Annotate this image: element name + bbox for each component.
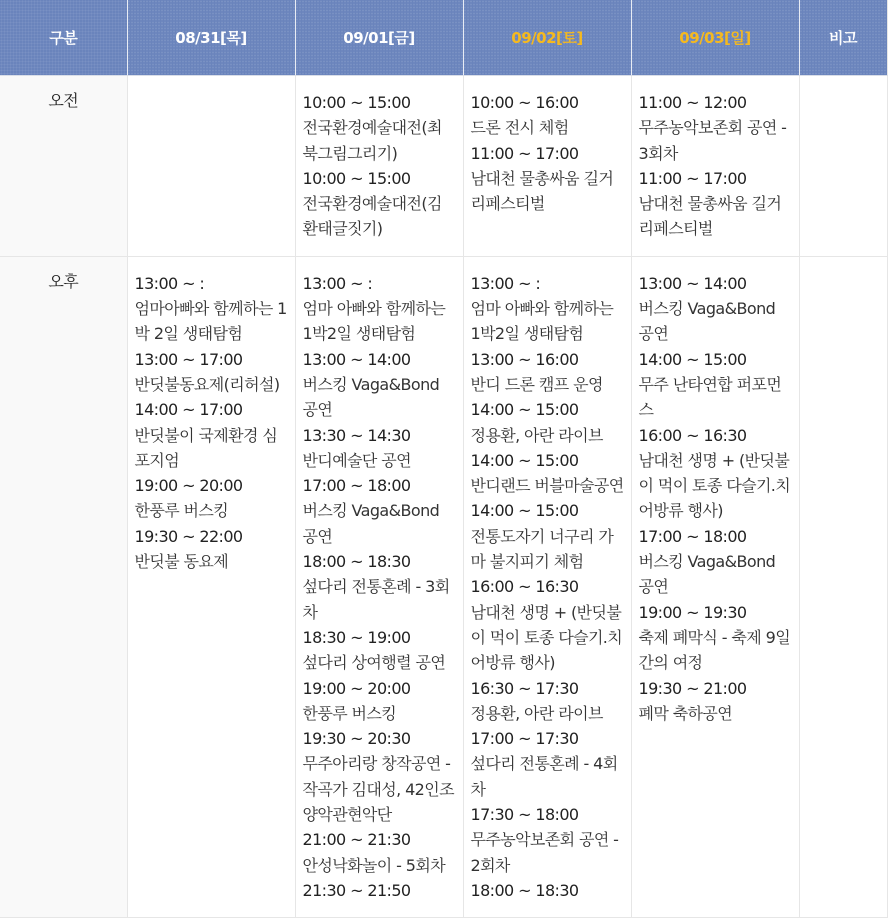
event-time: 16:00 ~ 16:30 — [639, 423, 793, 448]
row-morning: 오전 10:00 ~ 15:00전국환경예술대전(최북그림그리기)10:00 ~… — [0, 76, 887, 257]
table-body: 오전 10:00 ~ 15:00전국환경예술대전(최북그림그리기)10:00 ~… — [0, 76, 887, 909]
table-header: 구분 08/31[목] 09/01[금] 09/02[토] 09/03[일] 비… — [0, 0, 887, 76]
event-title: 무주농악보존회 공연 - 2회차 — [471, 827, 625, 878]
event-time: 18:00 ~ 18:30 — [303, 549, 457, 574]
festival-schedule-table: 구분 08/31[목] 09/01[금] 09/02[토] 09/03[일] 비… — [0, 0, 888, 908]
event-title: 버스킹 Vaga&Bond 공연 — [303, 498, 457, 549]
event-title: 무주농악보존회 공연 - 3회차 — [639, 115, 793, 166]
schedule-event: 18:30 ~ 19:00섶다리 상여행렬 공연 — [303, 625, 457, 676]
schedule-event: 14:00 ~ 15:00전통도자기 너구리 가마 불지피기 체험 — [471, 498, 625, 574]
event-title: 정용환, 아란 라이브 — [471, 423, 625, 448]
event-title: 남대천 물총싸움 길거리페스티벌 — [471, 166, 625, 217]
schedule-event: 13:00 ~ :엄마 아빠와 함께하는 1박2일 생태탐험 — [471, 271, 625, 347]
schedule-event: 11:00 ~ 17:00남대천 물총싸움 길거리페스티벌 — [471, 141, 625, 217]
header-day-0901: 09/01[금] — [295, 0, 463, 76]
event-time: 19:30 ~ 22:00 — [135, 524, 289, 549]
schedule-event: 17:00 ~ 18:00버스킹 Vaga&Bond 공연 — [303, 473, 457, 549]
cell-am-day — [127, 76, 295, 257]
schedule-event: 14:00 ~ 15:00정용환, 아란 라이브 — [471, 397, 625, 448]
event-time: 11:00 ~ 17:00 — [639, 166, 793, 191]
event-title: 엄마아빠와 함께하는 1박 2일 생태탐험 — [135, 296, 289, 347]
schedule-event: 17:30 ~ 18:00무주농악보존회 공연 - 2회차 — [471, 802, 625, 878]
event-time: 17:00 ~ 18:00 — [303, 473, 457, 498]
event-time: 14:00 ~ 15:00 — [471, 498, 625, 523]
event-time: 14:00 ~ 15:00 — [639, 347, 793, 372]
event-time: 21:00 ~ 21:30 — [303, 827, 457, 852]
event-time: 13:00 ~ 14:00 — [303, 347, 457, 372]
event-time: 13:00 ~ : — [471, 271, 625, 296]
schedule-event: 13:00 ~ 14:00버스킹 Vaga&Bond 공연 — [303, 347, 457, 423]
event-time: 14:00 ~ 17:00 — [135, 397, 289, 422]
event-title: 반딧불 동요제 — [135, 549, 289, 574]
event-title: 남대천 생명 + (반딧불이 먹이 토종 다슬기.치어방류 행사) — [639, 448, 793, 524]
event-time: 19:00 ~ 19:30 — [639, 600, 793, 625]
schedule-event: 11:00 ~ 12:00무주농악보존회 공연 - 3회차 — [639, 90, 793, 166]
schedule-event: 19:00 ~ 20:00한풍루 버스킹 — [135, 473, 289, 524]
event-time: 11:00 ~ 17:00 — [471, 141, 625, 166]
event-title: 무주 난타연합 퍼포먼스 — [639, 372, 793, 423]
row-afternoon: 오후 13:00 ~ :엄마아빠와 함께하는 1박 2일 생태탐험13:00 ~… — [0, 256, 887, 908]
schedule-event: 13:30 ~ 14:30반디예술단 공연 — [303, 423, 457, 474]
schedule-event: 19:30 ~ 21:00폐막 축하공연 — [639, 676, 793, 727]
event-title: 섶다리 전통혼례 - 4회차 — [471, 751, 625, 802]
event-title: 반디 드론 캠프 운영 — [471, 372, 625, 397]
schedule-event: 13:00 ~ 14:00버스킹 Vaga&Bond 공연 — [639, 271, 793, 347]
schedule-event: 10:00 ~ 15:00전국환경예술대전(최북그림그리기) — [303, 90, 457, 166]
event-title: 전국환경예술대전(최북그림그리기) — [303, 115, 457, 166]
event-title: 전국환경예술대전(김환태글짓기) — [303, 191, 457, 242]
event-title: 엄마 아빠와 함께하는 1박2일 생태탐험 — [471, 296, 625, 347]
event-time: 16:30 ~ 17:30 — [471, 676, 625, 701]
event-time: 19:00 ~ 20:00 — [135, 473, 289, 498]
event-time: 13:30 ~ 14:30 — [303, 423, 457, 448]
event-title: 남대천 물총싸움 길거리페스티벌 — [639, 191, 793, 242]
event-time: 11:00 ~ 12:00 — [639, 90, 793, 115]
event-title: 반디예술단 공연 — [303, 448, 457, 473]
cell-am-note — [799, 76, 887, 257]
cell-pm-day: 13:00 ~ 14:00버스킹 Vaga&Bond 공연14:00 ~ 15:… — [631, 256, 799, 908]
schedule-event: 16:00 ~ 16:30남대천 생명 + (반딧불이 먹이 토종 다슬기.치어… — [639, 423, 793, 524]
event-title: 안성낙화놀이 - 5회차 — [303, 853, 457, 878]
schedule-event: 17:00 ~ 17:30섶다리 전통혼례 - 4회차 — [471, 726, 625, 802]
schedule-event: 18:00 ~ 18:30섶다리 전통혼례 - 3회차 — [303, 549, 457, 625]
schedule-event: 14:00 ~ 15:00반디랜드 버블마술공연 — [471, 448, 625, 499]
header-day-0903: 09/03[일] — [631, 0, 799, 76]
event-time: 13:00 ~ 17:00 — [135, 347, 289, 372]
cell-am-day: 11:00 ~ 12:00무주농악보존회 공연 - 3회차11:00 ~ 17:… — [631, 76, 799, 257]
event-time: 18:30 ~ 19:00 — [303, 625, 457, 650]
schedule-event: 13:00 ~ :엄마 아빠와 함께하는 1박2일 생태탐험 — [303, 271, 457, 347]
event-title: 축제 폐막식 - 축제 9일간의 여정 — [639, 625, 793, 676]
event-title: 무주아리랑 창작공연 - 작곡가 김대성, 42인조 양악관현악단 — [303, 751, 457, 827]
event-time: 10:00 ~ 16:00 — [471, 90, 625, 115]
schedule-event: 19:30 ~ 20:30무주아리랑 창작공연 - 작곡가 김대성, 42인조 … — [303, 726, 457, 827]
event-time: 17:00 ~ 17:30 — [471, 726, 625, 751]
event-time: 10:00 ~ 15:00 — [303, 90, 457, 115]
schedule-event: 19:30 ~ 22:00반딧불 동요제 — [135, 524, 289, 575]
header-day-0902: 09/02[토] — [463, 0, 631, 76]
schedule-event: 13:00 ~ 16:00반디 드론 캠프 운영 — [471, 347, 625, 398]
event-title: 반딧불이 국제환경 심포지엄 — [135, 423, 289, 474]
event-title: 섶다리 상여행렬 공연 — [303, 650, 457, 675]
header-category: 구분 — [0, 0, 127, 76]
event-title: 전통도자기 너구리 가마 불지피기 체험 — [471, 524, 625, 575]
event-time: 18:00 ~ 18:30 — [471, 878, 625, 903]
event-title: 버스킹 Vaga&Bond 공연 — [639, 296, 793, 347]
event-time: 13:00 ~ : — [303, 271, 457, 296]
row-label-morning: 오전 — [0, 76, 127, 257]
schedule-event: 13:00 ~ 17:00반딧불동요제(리허설) — [135, 347, 289, 398]
cell-am-day: 10:00 ~ 15:00전국환경예술대전(최북그림그리기)10:00 ~ 15… — [295, 76, 463, 257]
schedule-event: 21:30 ~ 21:50 — [303, 878, 457, 903]
event-time: 17:00 ~ 18:00 — [639, 524, 793, 549]
event-time: 19:30 ~ 21:00 — [639, 676, 793, 701]
event-time: 13:00 ~ 16:00 — [471, 347, 625, 372]
cell-pm-note — [799, 256, 887, 908]
cell-am-day: 10:00 ~ 16:00드론 전시 체험11:00 ~ 17:00남대천 물총… — [463, 76, 631, 257]
event-title: 반디랜드 버블마술공연 — [471, 473, 625, 498]
schedule-event: 17:00 ~ 18:00버스킹 Vaga&Bond 공연 — [639, 524, 793, 600]
event-title: 정용환, 아란 라이브 — [471, 701, 625, 726]
header-row: 구분 08/31[목] 09/01[금] 09/02[토] 09/03[일] 비… — [0, 0, 887, 76]
schedule-event: 10:00 ~ 16:00드론 전시 체험 — [471, 90, 625, 141]
schedule-event: 19:00 ~ 20:00한풍루 버스킹 — [303, 676, 457, 727]
event-time: 13:00 ~ : — [135, 271, 289, 296]
cell-pm-day: 13:00 ~ :엄마아빠와 함께하는 1박 2일 생태탐험13:00 ~ 17… — [127, 256, 295, 908]
event-time: 19:30 ~ 20:30 — [303, 726, 457, 751]
event-title: 드론 전시 체험 — [471, 115, 625, 140]
event-title: 한풍루 버스킹 — [135, 498, 289, 523]
schedule-event: 13:00 ~ :엄마아빠와 함께하는 1박 2일 생태탐험 — [135, 271, 289, 347]
schedule-event: 16:00 ~ 16:30남대천 생명 + (반딧불이 먹이 토종 다슬기.치어… — [471, 574, 625, 675]
event-title: 섶다리 전통혼례 - 3회차 — [303, 574, 457, 625]
event-title: 한풍루 버스킹 — [303, 701, 457, 726]
schedule-event: 14:00 ~ 17:00반딧불이 국제환경 심포지엄 — [135, 397, 289, 473]
schedule-event: 21:00 ~ 21:30안성낙화놀이 - 5회차 — [303, 827, 457, 878]
header-day-0831: 08/31[목] — [127, 0, 295, 76]
schedule-event: 10:00 ~ 15:00전국환경예술대전(김환태글짓기) — [303, 166, 457, 242]
header-note: 비고 — [799, 0, 887, 76]
event-title: 폐막 축하공연 — [639, 701, 793, 726]
event-title: 버스킹 Vaga&Bond 공연 — [303, 372, 457, 423]
schedule-event: 18:00 ~ 18:30 — [471, 878, 625, 903]
schedule-event: 19:00 ~ 19:30축제 폐막식 - 축제 9일간의 여정 — [639, 600, 793, 676]
row-label-afternoon: 오후 — [0, 256, 127, 908]
event-time: 14:00 ~ 15:00 — [471, 448, 625, 473]
event-title: 버스킹 Vaga&Bond 공연 — [639, 549, 793, 600]
event-time: 10:00 ~ 15:00 — [303, 166, 457, 191]
event-title: 반딧불동요제(리허설) — [135, 372, 289, 397]
schedule-event: 11:00 ~ 17:00남대천 물총싸움 길거리페스티벌 — [639, 166, 793, 242]
event-time: 16:00 ~ 16:30 — [471, 574, 625, 599]
schedule-event: 14:00 ~ 15:00무주 난타연합 퍼포먼스 — [639, 347, 793, 423]
event-time: 21:30 ~ 21:50 — [303, 878, 457, 903]
event-time: 19:00 ~ 20:00 — [303, 676, 457, 701]
event-title: 엄마 아빠와 함께하는 1박2일 생태탐험 — [303, 296, 457, 347]
cell-pm-day: 13:00 ~ :엄마 아빠와 함께하는 1박2일 생태탐험13:00 ~ 16… — [463, 256, 631, 908]
schedule-event: 16:30 ~ 17:30정용환, 아란 라이브 — [471, 676, 625, 727]
event-time: 17:30 ~ 18:00 — [471, 802, 625, 827]
event-time: 14:00 ~ 15:00 — [471, 397, 625, 422]
event-title: 남대천 생명 + (반딧불이 먹이 토종 다슬기.치어방류 행사) — [471, 600, 625, 676]
cell-pm-day: 13:00 ~ :엄마 아빠와 함께하는 1박2일 생태탐험13:00 ~ 14… — [295, 256, 463, 908]
event-time: 13:00 ~ 14:00 — [639, 271, 793, 296]
